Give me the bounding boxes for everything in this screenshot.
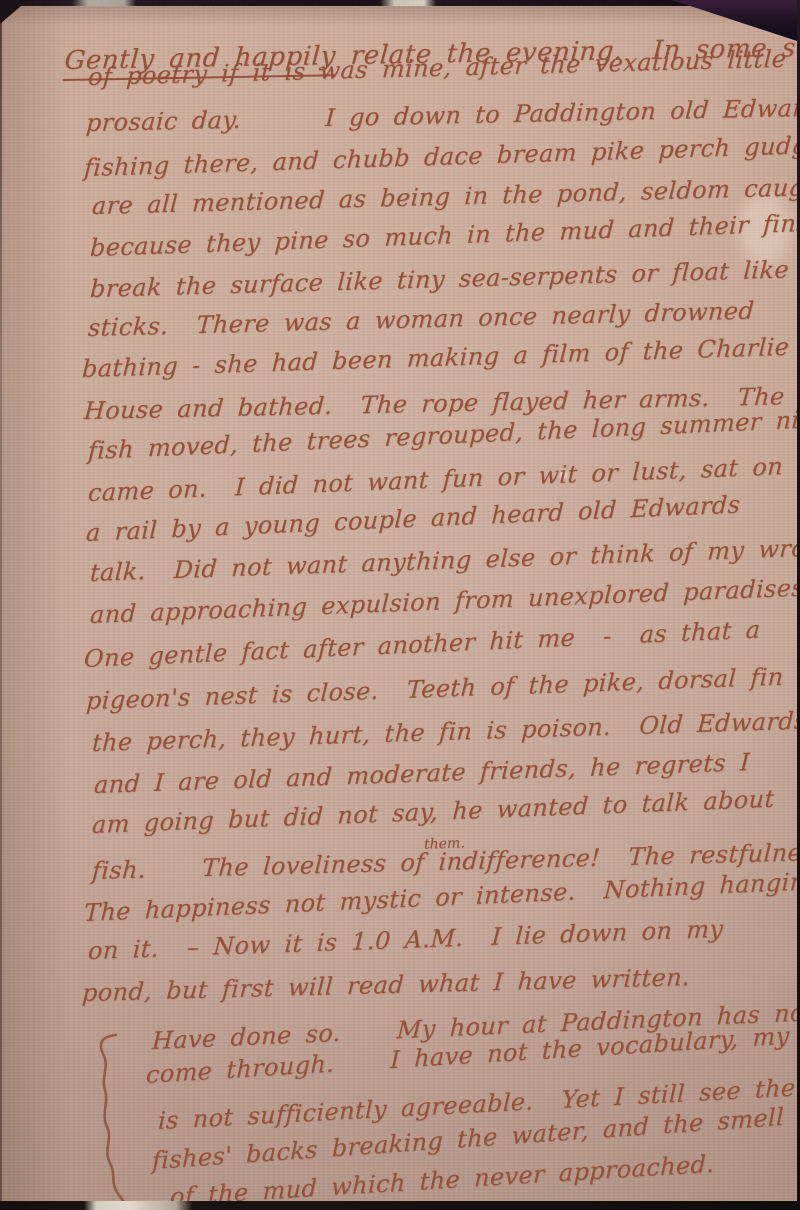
manuscript-line: break the surface like tiny sea-serpents… (89, 256, 790, 303)
page-edge-left (0, 0, 2, 1210)
inserted-word: them. (424, 835, 465, 852)
page-edge-bottom (0, 1201, 800, 1210)
manuscript-line: fishing there, and chubb dace bream pike… (83, 131, 800, 183)
manuscript-line: sticks. There was a woman once nearly dr… (87, 298, 755, 343)
manuscript-line: pigeon's nest is close. Teeth of the pik… (85, 662, 800, 715)
manuscript-line: bathing - she had been making a film of … (81, 334, 790, 384)
manuscript-line: pond, but first will read what I have wr… (81, 964, 691, 1008)
manuscript-page: Gently and happily relate the evening. I… (0, 0, 800, 1210)
margin-brace-icon (84, 1032, 146, 1210)
paper-shading-left (0, 0, 70, 1210)
